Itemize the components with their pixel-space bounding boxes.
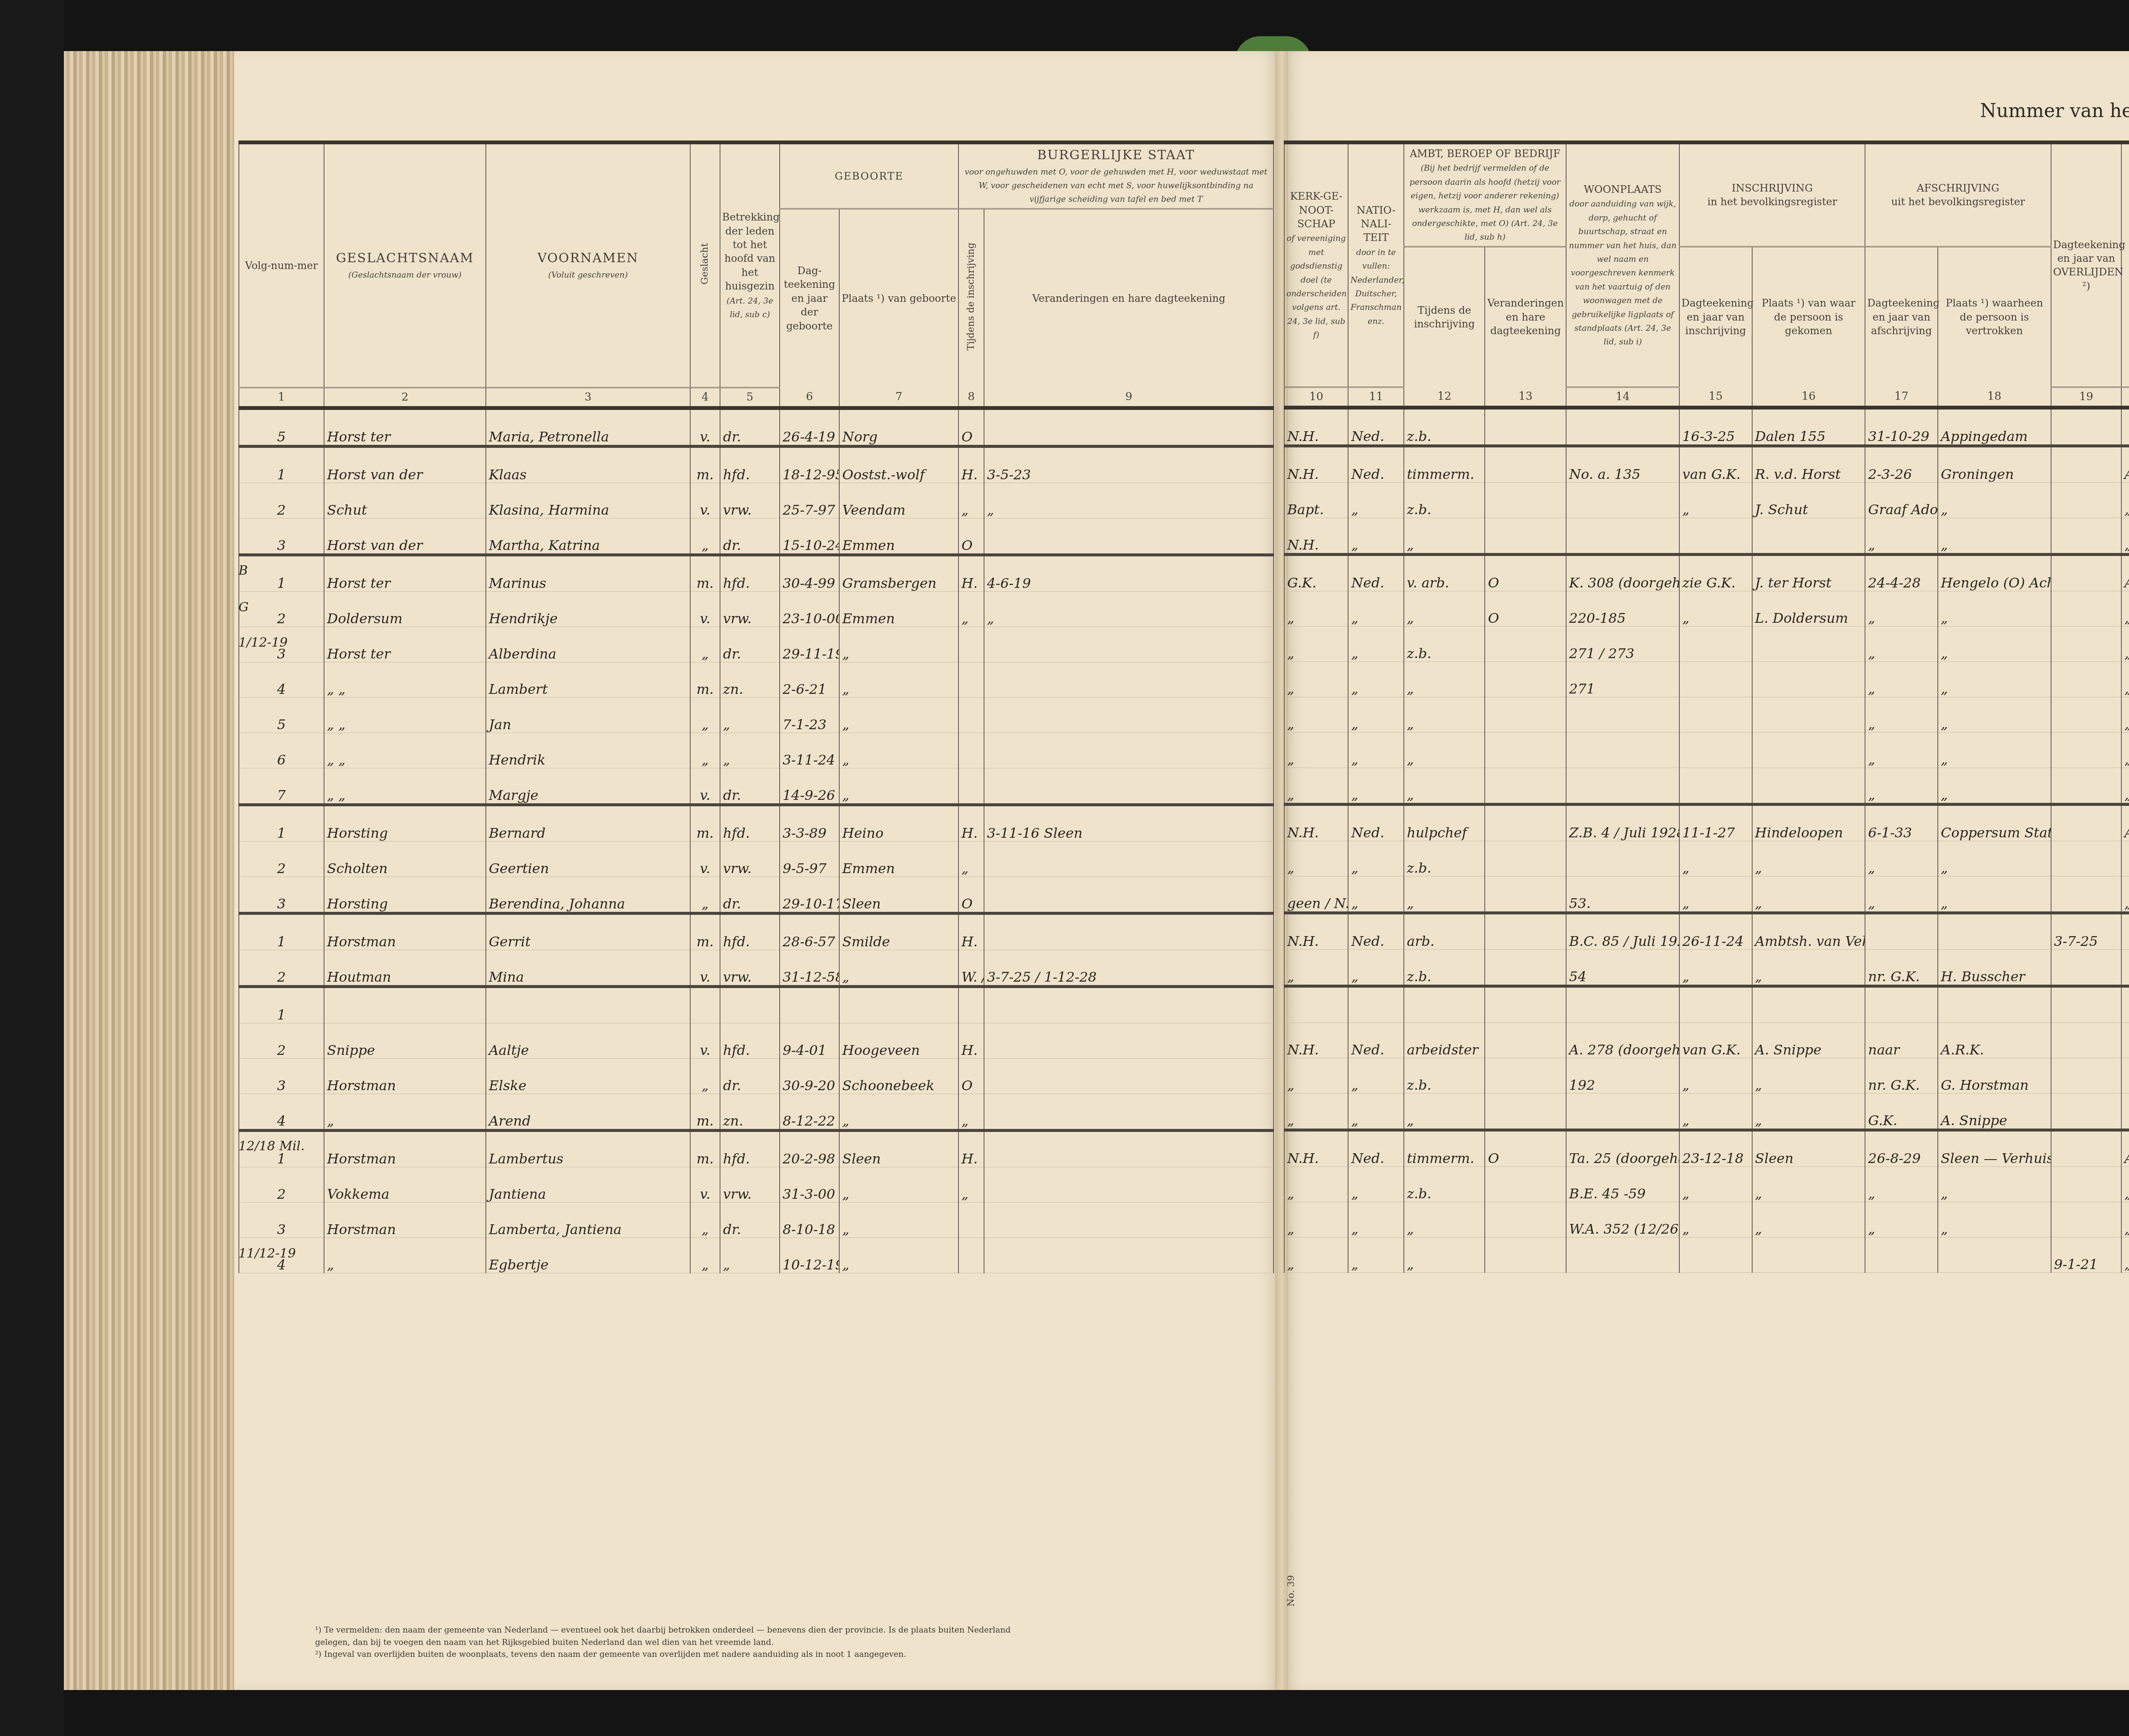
- cell-betrekking: dr.: [720, 408, 780, 446]
- footnotes: ¹) Te vermelden: den naam der gemeente v…: [315, 1624, 1039, 1661]
- cell-betrekking: dr.: [720, 768, 780, 805]
- cell-woonplaats: [1566, 732, 1679, 768]
- cell-achternaam: Horst van der: [324, 446, 486, 483]
- cell-voornamen: Jantiena: [486, 1167, 690, 1202]
- cell-inschr-datum: „: [1679, 876, 1752, 913]
- cell-woonplaats: [1566, 841, 1679, 876]
- cell-beroep-wijz: [1485, 768, 1566, 804]
- cell-staat: [958, 627, 984, 662]
- table-row: 1HorstmanGerritm.hfd.28-6-57SmildeH.: [239, 913, 1274, 950]
- cell-aanm: [2121, 1023, 2129, 1058]
- cell-staat: O: [958, 408, 984, 446]
- cell-geslacht: v.: [690, 408, 720, 446]
- cell-geslacht: m.: [690, 446, 720, 483]
- cell-kerk: „: [1284, 1058, 1348, 1093]
- cell-afschr-datum: [1865, 913, 1938, 949]
- cell-beroep-wijz: [1485, 1202, 1566, 1237]
- cell-geboorteplaats: „: [839, 627, 958, 662]
- cell-betrekking: hfd.: [720, 913, 780, 950]
- cell-staat-wijz: [984, 662, 1274, 697]
- cell-nr: 3: [239, 518, 324, 555]
- cell-inschr-datum: „: [1679, 591, 1752, 626]
- table-row: N.H.Ned.z.b.16-3-25Dalen 15531-10-29Appi…: [1284, 407, 2129, 446]
- cell-beroep: „: [1404, 662, 1485, 697]
- cell-afschr-datum: „: [1865, 518, 1938, 554]
- cell-geslacht: „: [690, 1202, 720, 1238]
- cell-inschr-plaats: J. ter Horst: [1752, 554, 1865, 591]
- cell-woonplaats: [1566, 518, 1679, 554]
- cell-geboorteplaats: „: [839, 950, 958, 986]
- header-nationaliteit: NATIO-NALI-TEIT door in te vullen: Neder…: [1348, 143, 1403, 387]
- cell-inschr-plaats: „: [1752, 841, 1865, 876]
- cell-voornamen: Mina: [486, 950, 690, 986]
- cell-inschr-datum: 23-12-18: [1679, 1130, 1752, 1166]
- cell-overlijden: [2051, 732, 2122, 768]
- cell-geboorteplaats: „: [839, 733, 958, 768]
- cell-betrekking: vrw.: [720, 841, 780, 877]
- cell-nat: „: [1348, 1237, 1403, 1272]
- cell-achternaam: Houtman: [324, 950, 486, 986]
- cell-nr: 6: [239, 733, 324, 768]
- margin-annotation: G: [238, 600, 249, 615]
- cell-staat: „: [958, 483, 984, 518]
- cell-staat-wijz: [984, 768, 1274, 805]
- cell-afschr-datum: [1865, 1237, 1938, 1272]
- cell-afschr-datum: „: [1865, 1166, 1938, 1202]
- cell-staat-wijz: [984, 1094, 1274, 1130]
- cell-achternaam: Schut: [324, 483, 486, 518]
- col-number: 5: [720, 387, 780, 408]
- cell-beroep: „: [1404, 697, 1485, 732]
- cell-geboorteplaats: Emmen: [839, 841, 958, 877]
- cell-woonplaats: 271 / 273: [1566, 626, 1679, 662]
- cell-geslacht: m.: [690, 1094, 720, 1130]
- cell-woonplaats: [1566, 482, 1679, 518]
- cell-afschr-datum: „: [1865, 1202, 1938, 1237]
- cell-kerk: „: [1284, 732, 1348, 768]
- cell-staat: [958, 986, 984, 1023]
- cell-kerk: „: [1284, 697, 1348, 732]
- cell-staat: H.: [958, 446, 984, 483]
- cell-geboorteplaats: Hoogeveen: [839, 1023, 958, 1058]
- header-afschrijving-plaats: Plaats ¹) waarheen de persoon is vertrok…: [1938, 246, 2051, 387]
- cell-geboorteplaats: [839, 986, 958, 1023]
- cell-beroep: hulpchef: [1404, 804, 1485, 841]
- table-row: 2ScholtenGeertienv.vrw.9-5-97Emmen„: [239, 841, 1274, 877]
- cell-voornamen: Jan: [486, 697, 690, 733]
- cell-beroep-wijz: [1485, 876, 1566, 913]
- cell-overlijden: [2051, 482, 2122, 518]
- cell-afschr-datum: „: [1865, 841, 1938, 876]
- cell-geslacht: „: [690, 877, 720, 913]
- cell-voornamen: Lambertus: [486, 1130, 690, 1167]
- cell-nat: Ned.: [1348, 1023, 1403, 1058]
- table-row: „„z.b.B.E. 45 -59„„„„„: [1284, 1166, 2129, 1202]
- cell-staat: [958, 1238, 984, 1273]
- table-row: 5„ „Jan„„7-1-23„: [239, 697, 1274, 733]
- cell-voornamen: Martha, Katrina: [486, 518, 690, 555]
- cell-nat: „: [1348, 1202, 1403, 1237]
- page-stamp: No. 39: [1286, 1575, 1297, 1607]
- cell-woonplaats: 192: [1566, 1058, 1679, 1093]
- cell-achternaam: Horst ter: [324, 627, 486, 662]
- cell-voornamen: Berendina, Johanna: [486, 877, 690, 913]
- cell-afschr-datum: 24-4-28: [1865, 554, 1938, 591]
- cell-inschr-datum: [1679, 518, 1752, 554]
- cell-kerk: N.H.: [1284, 407, 1348, 446]
- cell-inschr-plaats: [1752, 732, 1865, 768]
- cell-inschr-plaats: J. Schut: [1752, 482, 1865, 518]
- cell-overlijden: [2051, 1023, 2122, 1058]
- header-staat-tijdens: Tijdens de inschrijving: [958, 209, 984, 387]
- table-row: 7„ „Margjev.dr.14-9-26„: [239, 768, 1274, 805]
- table-row: 4„ „Lambertm.zn.2-6-21„: [239, 662, 1274, 697]
- cell-inschr-datum: 26-11-24: [1679, 913, 1752, 949]
- cell-achternaam: „ „: [324, 697, 486, 733]
- header-group-ambt: AMBT, BEROEP OF BEDRIJF (Bij het bedrijf…: [1404, 143, 1566, 247]
- cell-geboorteplaats: Oostst.-wolf: [839, 446, 958, 483]
- cell-afschr-datum: „: [1865, 697, 1938, 732]
- cell-inschr-datum: „: [1679, 1202, 1752, 1237]
- cell-geslacht: v.: [690, 841, 720, 877]
- cell-staat: H.: [958, 1130, 984, 1167]
- cell-staat-wijz: „: [984, 591, 1274, 627]
- cell-betrekking: „: [720, 697, 780, 733]
- cell-inschr-datum: [1679, 768, 1752, 804]
- cell-geboortedatum: 29-11-19: [780, 627, 839, 662]
- cell-inschr-plaats: „: [1752, 949, 1865, 986]
- header-aanmerkingen: AANMERKINGEN (Art. 24, 5e lid): [2121, 143, 2129, 387]
- header-group-burgerlijke-staat: BURGERLIJKE STAAT voor ongehuwden met O,…: [958, 143, 1274, 209]
- cell-aanm: „: [2121, 697, 2129, 732]
- cell-achternaam: „ „: [324, 662, 486, 697]
- cell-afschr-plaats: Hengelo (O) Achterhoeksche molenweg 209: [1938, 554, 2051, 591]
- cell-voornamen: Geertien: [486, 841, 690, 877]
- cell-overlijden: [2051, 554, 2122, 591]
- cell-nat: „: [1348, 949, 1403, 986]
- cell-nr: 4: [239, 1094, 324, 1130]
- table-row: 1: [239, 986, 1274, 1023]
- book-cover-left: [0, 0, 64, 1736]
- cell-woonplaats: K. 308 (doorgehaald): [1566, 554, 1679, 591]
- cell-overlijden: [2051, 518, 2122, 554]
- col-number: 4: [690, 387, 720, 408]
- cell-nr: 3: [239, 1202, 324, 1238]
- cell-beroep: z.b.: [1404, 482, 1485, 518]
- cell-afschr-datum: [1865, 986, 1938, 1023]
- table-row: 4„Egbertje„„10-12-19„: [239, 1238, 1274, 1273]
- cell-nr: 1: [239, 446, 324, 483]
- cell-afschr-datum: Graaf Adolfstr. 67a / „: [1865, 482, 1938, 518]
- cell-voornamen: Margje: [486, 768, 690, 805]
- cell-nat: „: [1348, 1093, 1403, 1130]
- cell-betrekking: dr.: [720, 627, 780, 662]
- table-row: 2HoutmanMinav.vrw.31-12-58„W. / H.3-7-25…: [239, 950, 1274, 986]
- cell-afschr-datum: „: [1865, 626, 1938, 662]
- col-number: 12: [1404, 387, 1485, 407]
- cell-inschr-plaats: „: [1752, 1166, 1865, 1202]
- cell-woonplaats: W.A. 352 (12/26): [1566, 1202, 1679, 1237]
- cell-achternaam: Horstman: [324, 1202, 486, 1238]
- cell-overlijden: [2051, 662, 2122, 697]
- cell-kerk: G.K.: [1284, 554, 1348, 591]
- cell-afschr-plaats: [1938, 1237, 2051, 1272]
- cell-afschr-plaats: „: [1938, 732, 2051, 768]
- cell-inschr-datum: „: [1679, 1166, 1752, 1202]
- cell-inschr-datum: [1679, 626, 1752, 662]
- cell-afschr-plaats: A. Snippe: [1938, 1093, 2051, 1130]
- margin-annotation: 1/12-19: [238, 635, 288, 650]
- cell-beroep-wijz: [1485, 913, 1566, 949]
- table-row: „„„271„„„: [1284, 662, 2129, 697]
- cell-beroep-wijz: [1485, 1023, 1566, 1058]
- cell-inschr-plaats: [1752, 697, 1865, 732]
- cell-aanm: [2121, 841, 2129, 876]
- cell-inschr-datum: 11-1-27: [1679, 804, 1752, 841]
- cell-betrekking: [720, 986, 780, 1023]
- cell-staat-wijz: [984, 877, 1274, 913]
- cell-afschr-plaats: Appingedam: [1938, 407, 2051, 446]
- cell-achternaam: Scholten: [324, 841, 486, 877]
- cell-aanm: „: [2121, 591, 2129, 626]
- cell-inschr-plaats: [1752, 986, 1865, 1023]
- col-number: 11: [1348, 387, 1403, 407]
- cell-kerk: „: [1284, 662, 1348, 697]
- cell-inschr-plaats: Dalen 155: [1752, 407, 1865, 446]
- cell-kerk: „: [1284, 1237, 1348, 1272]
- cell-woonplaats: [1566, 1237, 1679, 1272]
- cell-beroep-wijz: [1485, 697, 1566, 732]
- cell-woonplaats: [1566, 1093, 1679, 1130]
- cell-geslacht: m.: [690, 662, 720, 697]
- cell-inschr-plaats: [1752, 518, 1865, 554]
- cell-nr: 2: [239, 841, 324, 877]
- cell-afschr-datum: nr. G.K.: [1865, 1058, 1938, 1093]
- cell-aanm: Acc.: [2121, 446, 2129, 482]
- cell-kerk: N.H.: [1284, 804, 1348, 841]
- cell-aanm: „: [2121, 1237, 2129, 1272]
- cell-beroep-wijz: [1485, 662, 1566, 697]
- cell-beroep-wijz: [1485, 1237, 1566, 1272]
- cell-beroep-wijz: [1485, 804, 1566, 841]
- cell-staat: H.: [958, 805, 984, 841]
- cell-staat-wijz: [984, 986, 1274, 1023]
- cell-betrekking: dr.: [720, 877, 780, 913]
- cell-inschr-plaats: R. v.d. Horst: [1752, 446, 1865, 482]
- cell-kerk: „: [1284, 841, 1348, 876]
- cell-achternaam: „: [324, 1238, 486, 1273]
- header-geboorteplaats: Plaats ¹) van geboorte: [839, 209, 958, 387]
- cell-inschr-plaats: Hindeloopen: [1752, 804, 1865, 841]
- cell-geslacht: „: [690, 1058, 720, 1094]
- cell-beroep-wijz: [1485, 949, 1566, 986]
- cell-woonplaats: [1566, 986, 1679, 1023]
- cell-geboorteplaats: Veendam: [839, 483, 958, 518]
- cell-beroep: z.b.: [1404, 1166, 1485, 1202]
- cell-beroep-wijz: [1485, 407, 1566, 446]
- table-row: „„„9-1-21„: [1284, 1237, 2129, 1272]
- cell-kerk: N.H.: [1284, 913, 1348, 949]
- cell-staat: H.: [958, 555, 984, 591]
- table-row: G.K.Ned.v. arb.OK. 308 (doorgehaald)zie …: [1284, 554, 2129, 591]
- table-row: „„z.b.„„„„: [1284, 841, 2129, 876]
- cell-staat: [958, 697, 984, 733]
- cell-geboorteplaats: Emmen: [839, 591, 958, 627]
- header-volgnummer: Volg-num-mer: [239, 143, 324, 388]
- cell-inschr-datum: „: [1679, 482, 1752, 518]
- cell-beroep-wijz: O: [1485, 1130, 1566, 1166]
- table-row: 1HorstmanLambertusm.hfd.20-2-98SleenH.: [239, 1130, 1274, 1167]
- table-row: 3Horst terAlberdina„dr.29-11-19„: [239, 627, 1274, 662]
- cell-nr: 5: [239, 408, 324, 446]
- cell-nr: 1: [239, 986, 324, 1023]
- cell-staat: „: [958, 841, 984, 877]
- cell-nr: 5: [239, 697, 324, 733]
- cell-geboortedatum: 3-11-24: [780, 733, 839, 768]
- table-row: 3HorstingBerendina, Johanna„dr.29-10-17S…: [239, 877, 1274, 913]
- cell-overlijden: [2051, 986, 2122, 1023]
- cell-woonplaats: [1566, 768, 1679, 804]
- cell-inschr-plaats: „: [1752, 1202, 1865, 1237]
- cell-achternaam: Horstman: [324, 1058, 486, 1094]
- cell-inschr-datum: „: [1679, 1058, 1752, 1093]
- cell-nr: 1: [239, 555, 324, 591]
- cell-staat-wijz: [984, 697, 1274, 733]
- cell-beroep: arb.: [1404, 913, 1485, 949]
- cell-geboorteplaats: Sleen: [839, 877, 958, 913]
- cell-afschr-datum: 26-8-29: [1865, 1130, 1938, 1166]
- table-row: Bapt.„z.b.„J. SchutGraaf Adolfstr. 67a /…: [1284, 482, 2129, 518]
- cell-geboortedatum: 8-12-22: [780, 1094, 839, 1130]
- cell-staat: H.: [958, 913, 984, 950]
- cell-betrekking: hfd.: [720, 446, 780, 483]
- col-number: 6: [780, 387, 839, 408]
- cell-afschr-datum: nr. G.K.: [1865, 949, 1938, 986]
- cell-afschr-plaats: Sleen — Verhuisd t/a woning v. J. Ganzke…: [1938, 1130, 2051, 1166]
- cell-kerk: geen / N.V.: [1284, 876, 1348, 913]
- cell-staat: [958, 733, 984, 768]
- cell-betrekking: „: [720, 1238, 780, 1273]
- cell-geboorteplaats: „: [839, 1238, 958, 1273]
- cell-achternaam: Doldersum: [324, 591, 486, 627]
- table-row: „„z.b.271 / 273„„„: [1284, 626, 2129, 662]
- cell-afschr-plaats: Coppersum Station: [1938, 804, 2051, 841]
- cell-kerk: „: [1284, 768, 1348, 804]
- cell-beroep: z.b.: [1404, 949, 1485, 986]
- cell-staat: „: [958, 1167, 984, 1202]
- cell-woonplaats: B.C. 85 / Juli 1928: [1566, 913, 1679, 949]
- table-row: „„„O220-185„L. Doldersum„„„: [1284, 591, 2129, 626]
- cell-geboorteplaats: Norg: [839, 408, 958, 446]
- cell-inschr-datum: zie G.K.: [1679, 554, 1752, 591]
- cell-staat: O: [958, 518, 984, 555]
- cell-achternaam: [324, 986, 486, 1023]
- header-betrekking: Betrekking der leden tot het hoofd van h…: [720, 143, 780, 388]
- col-number: 15: [1679, 387, 1752, 407]
- cell-afschr-datum: G.K.: [1865, 1093, 1938, 1130]
- cell-nat: Ned.: [1348, 554, 1403, 591]
- cell-beroep: „: [1404, 1093, 1485, 1130]
- cell-betrekking: hfd.: [720, 555, 780, 591]
- table-row: „„„W.A. 352 (12/26)„„„„„: [1284, 1202, 2129, 1237]
- cell-inschr-datum: „: [1679, 949, 1752, 986]
- cell-geboortedatum: 15-10-24: [780, 518, 839, 555]
- table-row: 1Horst van derKlaasm.hfd.18-12-95Oostst.…: [239, 446, 1274, 483]
- header-woonplaats: WOONPLAATS door aanduiding van wijk, dor…: [1566, 143, 1679, 387]
- cell-woonplaats: 220-185: [1566, 591, 1679, 626]
- footnote-1: ¹) Te vermelden: den naam der gemeente v…: [315, 1624, 1039, 1648]
- cell-beroep-wijz: [1485, 986, 1566, 1023]
- cell-nr: 1: [239, 805, 324, 841]
- cell-afschr-datum: 6-1-33: [1865, 804, 1938, 841]
- cell-beroep: z.b.: [1404, 1058, 1485, 1093]
- cell-kerk: „: [1284, 626, 1348, 662]
- cell-kerk: [1284, 986, 1348, 1023]
- col-number: 20: [2121, 387, 2129, 407]
- cell-geboorteplaats: „: [839, 697, 958, 733]
- col-number: 2: [324, 387, 486, 408]
- table-row: „„z.b.192„„nr. G.K.G. Horstman: [1284, 1058, 2129, 1093]
- cell-geboorteplaats: Smilde: [839, 913, 958, 950]
- cell-betrekking: hfd.: [720, 1023, 780, 1058]
- cell-aanm: „: [2121, 662, 2129, 697]
- cell-betrekking: zn.: [720, 662, 780, 697]
- cell-overlijden: 3-7-25: [2051, 913, 2122, 949]
- cell-kerk: N.H.: [1284, 518, 1348, 554]
- cell-nat: „: [1348, 697, 1403, 732]
- col-number: 13: [1485, 387, 1566, 407]
- cell-inschr-plaats: „: [1752, 876, 1865, 913]
- cell-woonplaats: No. a. 135: [1566, 446, 1679, 482]
- cell-beroep-wijz: [1485, 1166, 1566, 1202]
- margin-annotation: 12/18 Mil.: [238, 1139, 304, 1154]
- table-row: 1HorstingBernardm.hfd.3-3-89HeinoH.3-11-…: [239, 805, 1274, 841]
- cell-beroep: „: [1404, 1237, 1485, 1272]
- cell-staat-wijz: [984, 408, 1274, 446]
- cell-geslacht: „: [690, 627, 720, 662]
- cell-staat: „: [958, 1094, 984, 1130]
- cell-betrekking: vrw.: [720, 1167, 780, 1202]
- cell-beroep: „: [1404, 876, 1485, 913]
- cell-achternaam: Horst ter: [324, 555, 486, 591]
- cell-voornamen: Marinus: [486, 555, 690, 591]
- cell-geboortedatum: 26-4-19: [780, 408, 839, 446]
- cell-voornamen: Alberdina: [486, 627, 690, 662]
- cell-beroep: „: [1404, 591, 1485, 626]
- cell-nat: „: [1348, 482, 1403, 518]
- cell-aanm: [2121, 913, 2129, 949]
- cell-beroep: „: [1404, 768, 1485, 804]
- table-row: N.H.Ned.arbeidsterA. 278 (doorgehaald)va…: [1284, 1023, 2129, 1058]
- cell-beroep-wijz: O: [1485, 591, 1566, 626]
- cell-kerk: N.H.: [1284, 446, 1348, 482]
- cell-geboortedatum: 7-1-23: [780, 697, 839, 733]
- cell-voornamen: Hendrikje: [486, 591, 690, 627]
- cell-afschr-plaats: Groningen: [1938, 446, 2051, 482]
- cell-beroep: timmerm.: [1404, 1130, 1485, 1166]
- table-row: N.H.Ned.timmerm.OTa. 25 (doorgehaald)23-…: [1284, 1130, 2129, 1166]
- cell-nr: 3: [239, 1058, 324, 1094]
- cell-geslacht: v.: [690, 591, 720, 627]
- cell-beroep: „: [1404, 1202, 1485, 1237]
- cell-afschr-plaats: „: [1938, 697, 2051, 732]
- cell-geboortedatum: 31-3-00: [780, 1167, 839, 1202]
- cell-inschr-datum: van G.K.: [1679, 1023, 1752, 1058]
- cell-aanm: „: [2121, 876, 2129, 913]
- cell-geboortedatum: 31-12-58: [780, 950, 839, 986]
- cell-aanm: [2121, 1058, 2129, 1093]
- cell-woonplaats: 54: [1566, 949, 1679, 986]
